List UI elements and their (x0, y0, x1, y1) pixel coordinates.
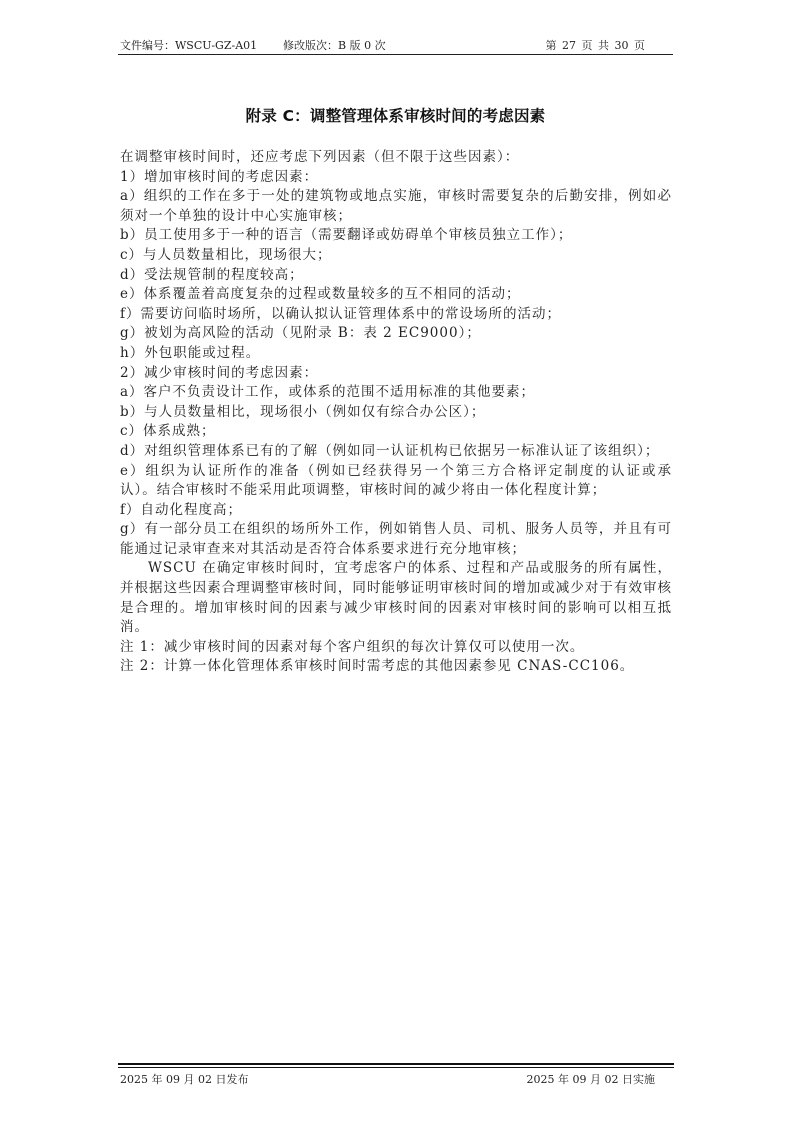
list-item: c）体系成熟； (120, 422, 672, 442)
list-item: e）组织为认证所作的准备（例如已经获得另一个第三方合格评定制度的认证或承认）。结… (120, 462, 672, 501)
list-item: d）受法规管制的程度较高； (120, 266, 672, 286)
document-body: 在调整审核时间时，还应考虑下列因素（但不限于这些因素）： 1）增加审核时间的考虑… (120, 148, 672, 677)
note-2: 注 2：计算一体化管理体系审核时间时需考虑的其他因素参见 CNAS-CC106。 (120, 657, 672, 677)
section-heading-decrease: 2）减少审核时间的考虑因素： (120, 364, 672, 384)
page-header: 文件编号：WSCU-GZ-A01 修改版次：B 版 0 次 第 27 页 共 3… (120, 37, 673, 54)
appendix-title: 附录 C：调整管理体系审核时间的考虑因素 (118, 104, 673, 126)
list-item: g）有一部分员工在组织的场所外工作，例如销售人员、司机、服务人员等，并且有可能通… (120, 520, 672, 559)
intro-paragraph: 在调整审核时间时，还应考虑下列因素（但不限于这些因素）： (120, 148, 672, 168)
list-item: f）需要访问临时场所，以确认拟认证管理体系中的常设场所的活动； (120, 305, 672, 325)
list-item: a）客户不负责设计工作，或体系的范围不适用标准的其他要素； (120, 383, 672, 403)
header-divider (118, 54, 673, 55)
list-item: h）外包职能或过程。 (120, 344, 672, 364)
list-item: e）体系覆盖着高度复杂的过程或数量较多的互不相同的活动； (120, 285, 672, 305)
revision-number: 修改版次：B 版 0 次 (283, 37, 386, 53)
list-item: a）组织的工作在多于一处的建筑物或地点实施，审核时需要复杂的后勤安排，例如必须对… (120, 187, 672, 226)
section-heading-increase: 1）增加审核时间的考虑因素： (120, 168, 672, 188)
list-item: g）被划为高风险的活动（见附录 B：表 2 EC9000）； (120, 324, 672, 344)
implement-date: 2025 年 09 月 02 日实施 (527, 1071, 655, 1087)
page-number: 第 27 页 共 30 页 (546, 37, 645, 53)
list-item: c）与人员数量相比，现场很大； (120, 246, 672, 266)
list-item: b）员工使用多于一种的语言（需要翻译或妨碍单个审核员独立工作）； (120, 226, 672, 246)
summary-paragraph: WSCU 在确定审核时间时，宜考虑客户的体系、过程和产品或服务的所有属性，并根据… (120, 559, 672, 637)
document-number: 文件编号：WSCU-GZ-A01 (120, 37, 257, 53)
list-item: f）自动化程度高； (120, 501, 672, 521)
publish-date: 2025 年 09 月 02 日发布 (120, 1071, 248, 1087)
list-item: d）对组织管理体系已有的了解（例如同一认证机构已依据另一标准认证了该组织）； (120, 442, 672, 462)
footer-divider-thick (118, 1063, 674, 1065)
footer-divider-thin (118, 1067, 674, 1068)
list-item: b）与人员数量相比，现场很小（例如仅有综合办公区）； (120, 403, 672, 423)
page-footer: 2025 年 09 月 02 日发布 2025 年 09 月 02 日实施 (120, 1071, 673, 1087)
note-1: 注 1：减少审核时间的因素对每个客户组织的每次计算仅可以使用一次。 (120, 638, 672, 658)
document-page: 文件编号：WSCU-GZ-A01 修改版次：B 版 0 次 第 27 页 共 3… (0, 0, 794, 1123)
